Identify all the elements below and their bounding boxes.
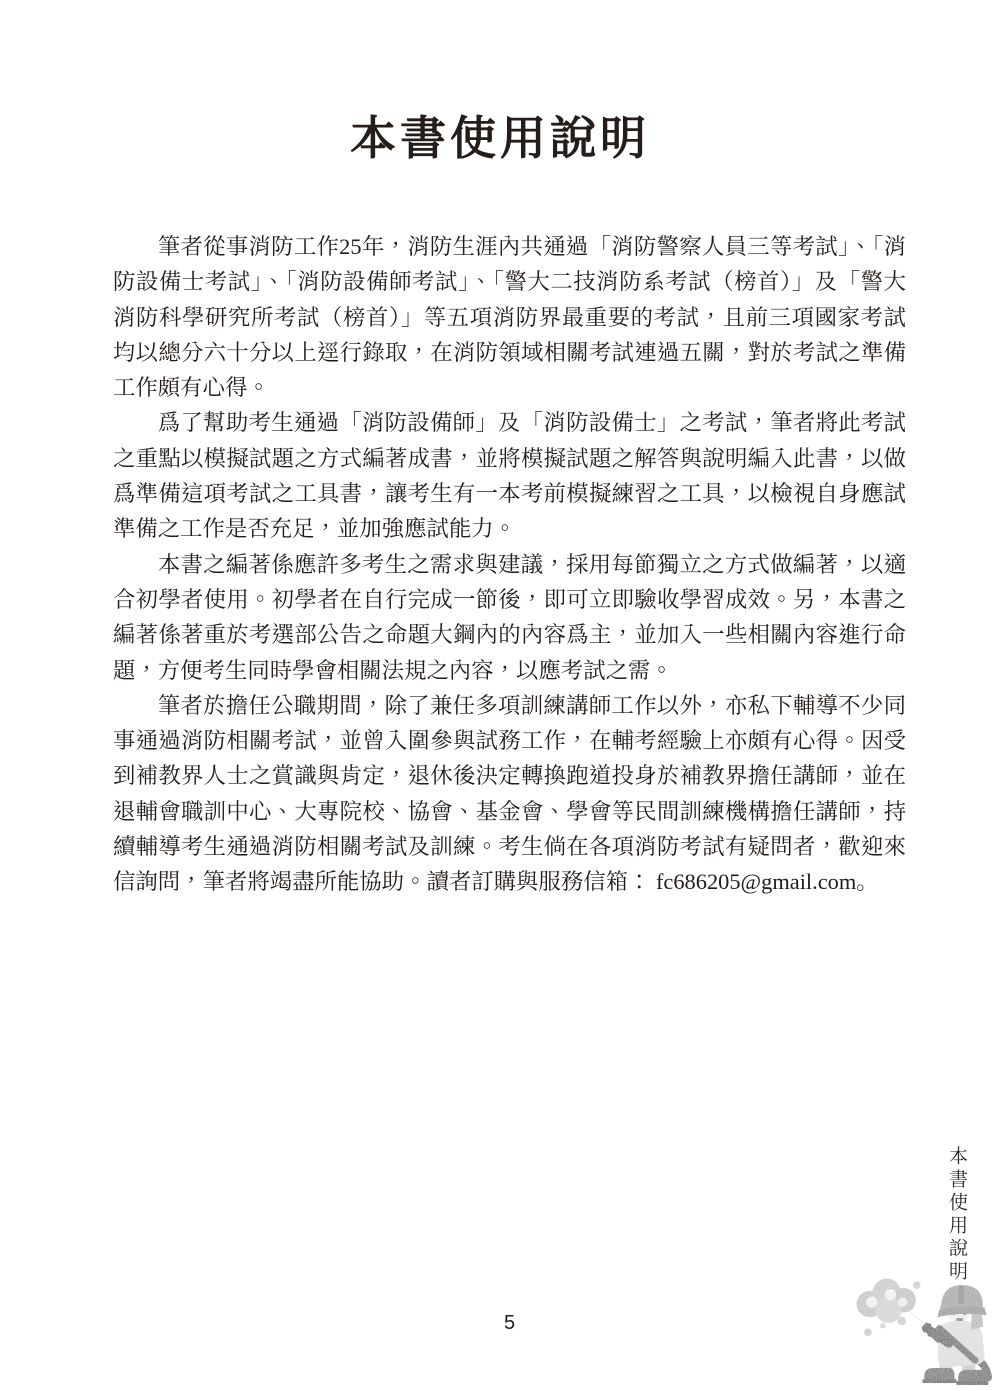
firefighter-illustration: [834, 1265, 994, 1391]
paragraph-2: 爲了幫助考生通過「消防設備師」及「消防設備士」之考試，筆者將此考試之重點以模擬試…: [113, 405, 906, 546]
paragraph-4: 筆者於擔任公職期間，除了兼任多項訓練講師工作以外，亦私下輔導不少同事通過消防相關…: [113, 688, 906, 900]
page-title: 本書使用說明: [0, 102, 1000, 168]
left-boot: [924, 1368, 954, 1381]
paragraph-1: 筆者從事消防工作25年，消防生涯內共通過「消防警察人員三等考試」、「消防設備士考…: [113, 229, 906, 405]
page-number: 5: [113, 1312, 906, 1335]
right-boot: [958, 1370, 986, 1383]
chapter-side-tab: 本書使用說明: [943, 1146, 970, 1284]
firefighter-spraying-hose-icon: [834, 1265, 994, 1391]
body-text: 筆者從事消防工作25年，消防生涯內共通過「消防警察人員三等考試」、「消防設備士考…: [113, 229, 906, 900]
foam-clouds: [857, 1279, 921, 1336]
book-page: 本書使用說明 筆者從事消防工作25年，消防生涯內共通過「消防警察人員三等考試」、…: [0, 0, 1000, 1391]
paragraph-3: 本書之編著係應許多考生之需求與建議，採用每節獨立之方式做編著，以適合初學者使用。…: [113, 547, 906, 688]
